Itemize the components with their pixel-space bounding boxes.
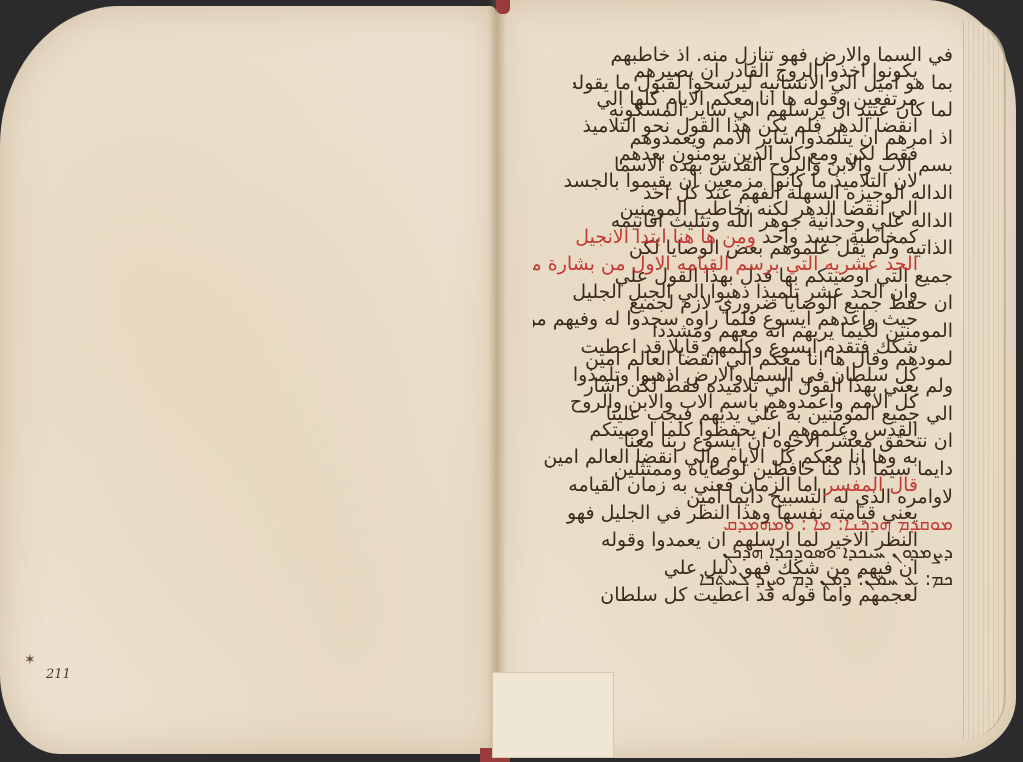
text-line: يكونوا اخذوا الروح القادر ان يصيرهم bbox=[533, 58, 918, 86]
text-segment: اما الزمان فعني به زمان القيامه bbox=[568, 474, 818, 496]
page-edges bbox=[963, 20, 1006, 740]
manuscript-photo: في السما والارض فهو تنازل منه. اذ خاطبهم… bbox=[0, 0, 1023, 762]
text-line: النظر الاخير لما ارسلهم ان يعمدوا وقوله bbox=[533, 527, 918, 555]
rubric-line: الحد عشريه التي برسم القيامه الاول من بش… bbox=[533, 251, 918, 279]
text-line: لعجمهم واما قوله قد اعطيت كل سلطان bbox=[533, 582, 918, 610]
text-line: ان فيهم من شكك فهو دليل علي bbox=[533, 555, 918, 583]
text-line: وان الحد عشر تلميذا ذهبوا الي الجبل الجل… bbox=[533, 279, 918, 307]
text-line: فقط لكن ومع كل الذين يومنون بعدهم bbox=[533, 141, 918, 169]
right-page-text: يكونوا اخذوا الروح القادر ان يصيرهم مرتف… bbox=[533, 58, 918, 610]
text-line-with-rubric: قال المفسر اما الزمان فعني به زمان القيا… bbox=[533, 472, 918, 500]
text-line: شكك فتقدم ايسوع وكلمهم قايلا قد اعطيت bbox=[533, 334, 918, 362]
rubric-segment: ومن ها هنا ابتدا الانجيل bbox=[575, 226, 756, 248]
gutter bbox=[488, 0, 506, 762]
binding-top bbox=[496, 0, 510, 14]
text-line: لان التلاميذ ما كانوا مزمعين ان يقيموا ب… bbox=[533, 168, 918, 196]
left-page bbox=[0, 6, 496, 754]
text-line: الي انقضا الدهر لكنه نخاطب المومنين bbox=[533, 196, 918, 224]
text-line: به وها انا معكم كل الايام والي انقضا الع… bbox=[533, 444, 918, 472]
text-line-with-rubric: كمخاطبة جسد واحد ومن ها هنا ابتدا الانجي… bbox=[533, 224, 918, 252]
text-line: انقضا الدهر فلم يكن هذا القول نحو التلام… bbox=[533, 113, 918, 141]
folio-number: 211 bbox=[46, 667, 71, 682]
paper-repair-patch bbox=[492, 672, 614, 758]
margin-star-mark: ✶ bbox=[24, 652, 36, 668]
text-line: كل سلطان في السما والارض اذهبوا وتلمذوا bbox=[533, 362, 918, 390]
rubric-segment: قال المفسر bbox=[824, 474, 918, 496]
text-line: مرتفعين وقوله ها انا معكم الايام كلها ال… bbox=[533, 86, 918, 114]
text-line: يعني قيامته نفسها وهذا النظر في الجليل ف… bbox=[533, 500, 918, 528]
text-line: كل الامم واعمدوهم باسم الاب والابن والرو… bbox=[533, 389, 918, 417]
text-line: حيث واعدهم ايسوع فلما راوه سجدوا له وفيه… bbox=[533, 306, 918, 334]
text-line: القدس وعلموهم ان يحفظوا كلما اوصيتكم bbox=[533, 417, 918, 445]
text-segment: كمخاطبة جسد واحد bbox=[762, 226, 918, 248]
